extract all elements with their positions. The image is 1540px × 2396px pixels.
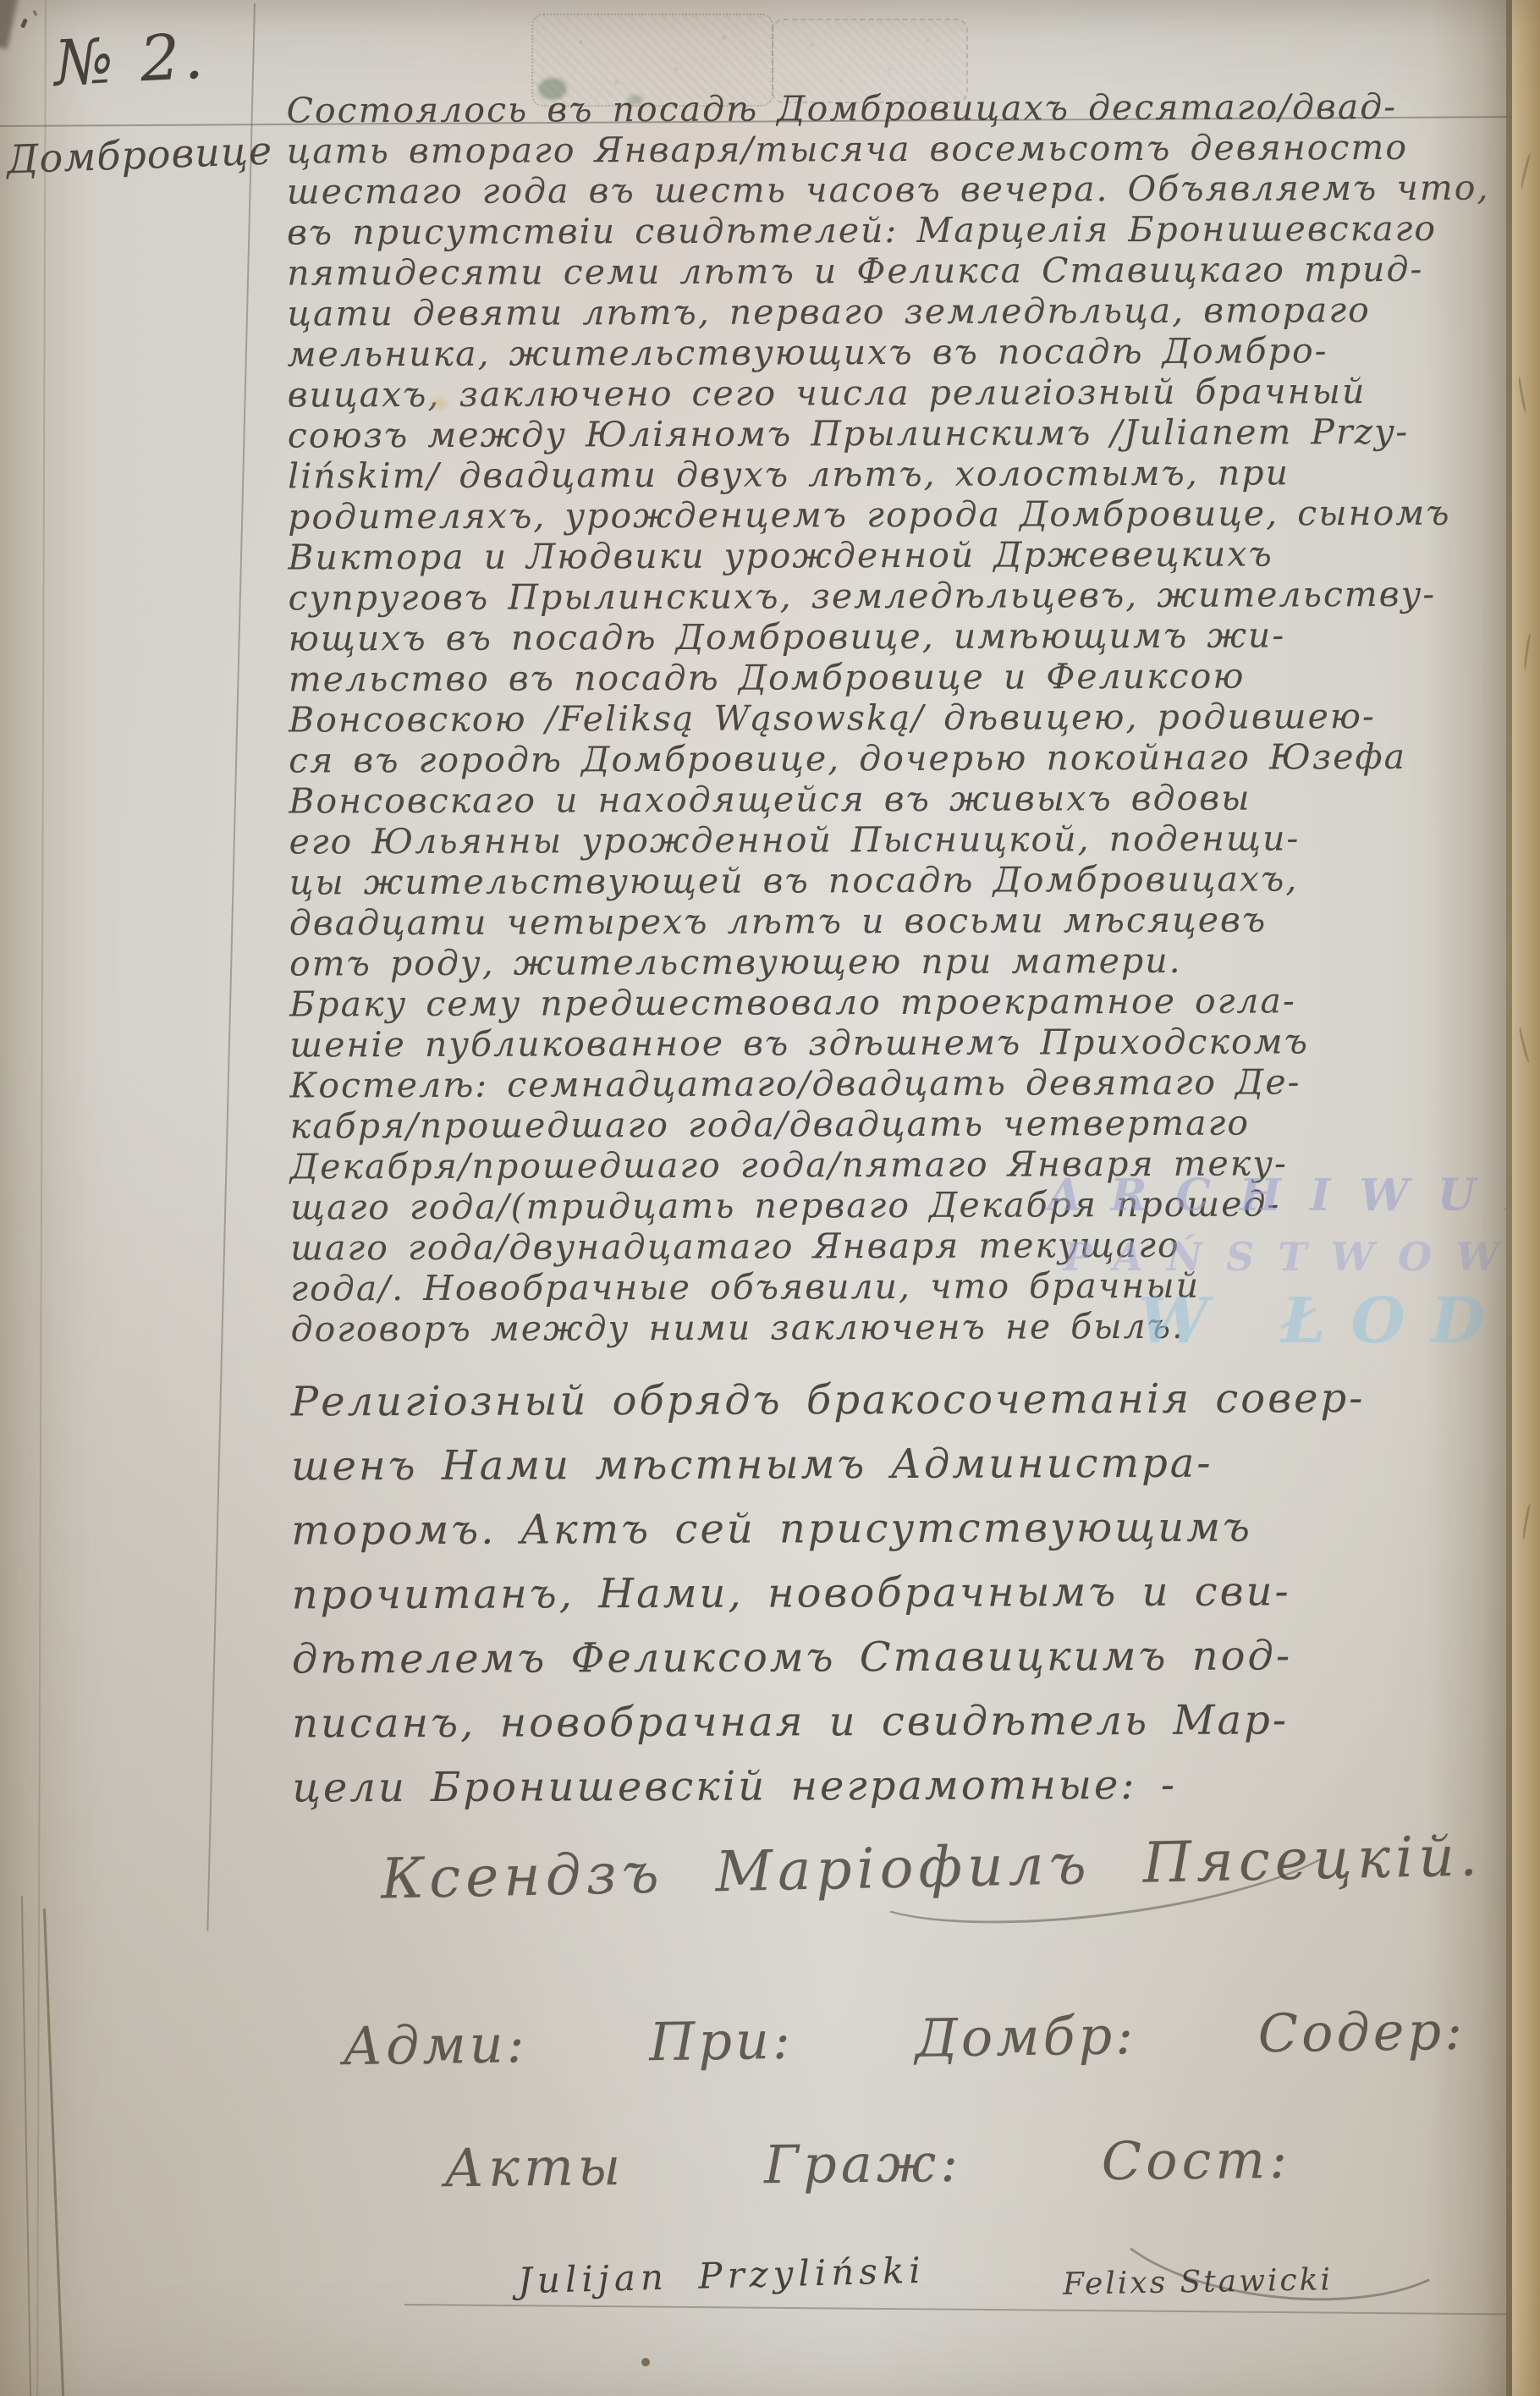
bleedthrough-stroke	[1517, 376, 1530, 414]
handwritten-line: тельство въ посадѣ Домбровице и Феликсою	[289, 654, 1524, 699]
handwritten-line: прочитанъ, Нами, новобрачнымъ и сви-	[292, 1558, 1527, 1627]
act-body-section-1: Состоялось въ посадѣ Домбровицахъ десята…	[286, 85, 1526, 1349]
handwritten-line: Религіозный обрядъ бракосочетанія совер-	[291, 1365, 1526, 1434]
handwritten-line: союзъ между Юліяномъ Прылинскимъ /Julian…	[288, 410, 1523, 455]
handwritten-line: супруговъ Прылинскихъ, земледѣльцевъ, жи…	[288, 573, 1523, 618]
handwritten-line: его Юльянны урожденной Пысницкой, поденщ…	[289, 817, 1524, 862]
act-body-text: Состоялось въ посадѣ Домбровицахъ десята…	[286, 85, 1527, 1820]
paper-stain	[427, 394, 451, 413]
priest-title-line-1: Адми: При: Домбр: Содер:	[343, 2000, 1466, 2078]
handwritten-line: ющихъ въ посадѣ Домбровице, имѣющимъ жи-	[289, 614, 1524, 658]
scanned-registry-page: № 2. Домбровице Состоялось въ посадѣ Дом…	[0, 0, 1540, 2396]
bleedthrough-stroke	[1520, 152, 1534, 190]
margin-act-number: № 2.	[52, 19, 208, 100]
handwritten-line: вицахъ, заключено сего числа религіозный…	[288, 370, 1523, 415]
corner-shadow	[0, 0, 19, 49]
handwritten-line: пятидесяти семи лѣтъ и Феликса Ставицкаг…	[287, 248, 1522, 293]
handwritten-line: Вонсовскою /Feliksą Wąsowską/ дѣвицею, р…	[289, 695, 1524, 740]
handwritten-line: кабря/прошедшаго года/двадцать четвертаг…	[290, 1101, 1526, 1146]
handwritten-line: Костелѣ: семнадцатаго/двадцать девятаго …	[289, 1060, 1525, 1105]
underlying-page-edge	[43, 1909, 64, 2396]
handwritten-line: цати девяти лѣтъ, перваго земледѣльца, в…	[287, 289, 1522, 333]
handwritten-line: lińskim/ двадцати двухъ лѣтъ, холостымъ,…	[288, 451, 1523, 496]
bleedthrough-stroke	[1523, 633, 1534, 671]
binding-crease	[1506, 0, 1512, 2396]
page-curl-shadow	[1430, 0, 1515, 2396]
handwritten-line: въ присутствіи свидѣтелей: Марцелія Брон…	[287, 207, 1522, 252]
bleedthrough-stroke	[1521, 1503, 1534, 1541]
handwritten-line: цать втораго Января/тысяча восемьсотъ де…	[287, 126, 1522, 171]
witness-signature: Felixs Stawicki	[1063, 2262, 1334, 2302]
handwritten-line: Браку сему предшествовало троекратное ог…	[289, 979, 1525, 1024]
margin-divider-line	[206, 3, 256, 1931]
handwritten-line: родителяхъ, урожденцемъ города Домбровиц…	[288, 492, 1523, 537]
handwritten-line: торомъ. Актъ сей присутствующимъ	[291, 1494, 1526, 1562]
handwritten-line: шенъ Нами мѣстнымъ Администра-	[291, 1429, 1526, 1498]
handwritten-line: ся въ городѣ Домбровице, дочерью покойна…	[289, 735, 1524, 780]
handwritten-line: отъ роду, жительствующею при матери.	[289, 939, 1525, 983]
ink-speck	[20, 18, 28, 28]
signature-rule-line	[404, 2304, 1540, 2316]
ink-dot	[641, 2358, 650, 2366]
handwritten-line: Виктора и Людвики урожденной Држевецкихъ	[288, 532, 1523, 577]
bleedthrough-stroke	[1518, 1026, 1532, 1063]
handwritten-line: двадцати четырехъ лѣтъ и восьми мѣсяцевъ	[289, 898, 1525, 943]
handwritten-line: Состоялось въ посадѣ Домбровицахъ десята…	[286, 85, 1521, 130]
margin-place-name: Домбровице	[6, 128, 273, 183]
handwritten-line: Вонсовскаго и находящейся въ живыхъ вдов…	[289, 776, 1524, 821]
handwritten-line: шестаго года въ шесть часовъ вечера. Объ…	[287, 167, 1522, 212]
underlying-page-edge	[21, 1896, 31, 2396]
groom-signature: Julijan Przyliński	[517, 2250, 926, 2302]
handwritten-line: шеніе публикованное въ здѣшнемъ Приходск…	[289, 1020, 1525, 1065]
handwritten-line: дѣтелемъ Феликсомъ Ставицкимъ под-	[292, 1622, 1527, 1691]
act-body-section-2: Религіозный обрядъ бракосочетанія совер-…	[291, 1365, 1528, 1820]
ink-speck	[33, 10, 38, 17]
handwritten-line: писанъ, новобрачная и свидѣтель Мар-	[292, 1687, 1527, 1755]
handwritten-line: мельника, жительствующихъ въ посадѣ Домб…	[287, 329, 1522, 374]
page-edge-line	[36, 0, 47, 2396]
adjacent-page-sliver	[1512, 0, 1540, 2396]
handwritten-line: цели Бронишевскій неграмотные: -	[292, 1751, 1527, 1820]
priest-signature: Ксендзъ Маріофилъ Пясецкій.	[380, 1823, 1482, 1911]
handwritten-line: цы жительствующей въ посадѣ Домбровицахъ…	[289, 857, 1525, 902]
